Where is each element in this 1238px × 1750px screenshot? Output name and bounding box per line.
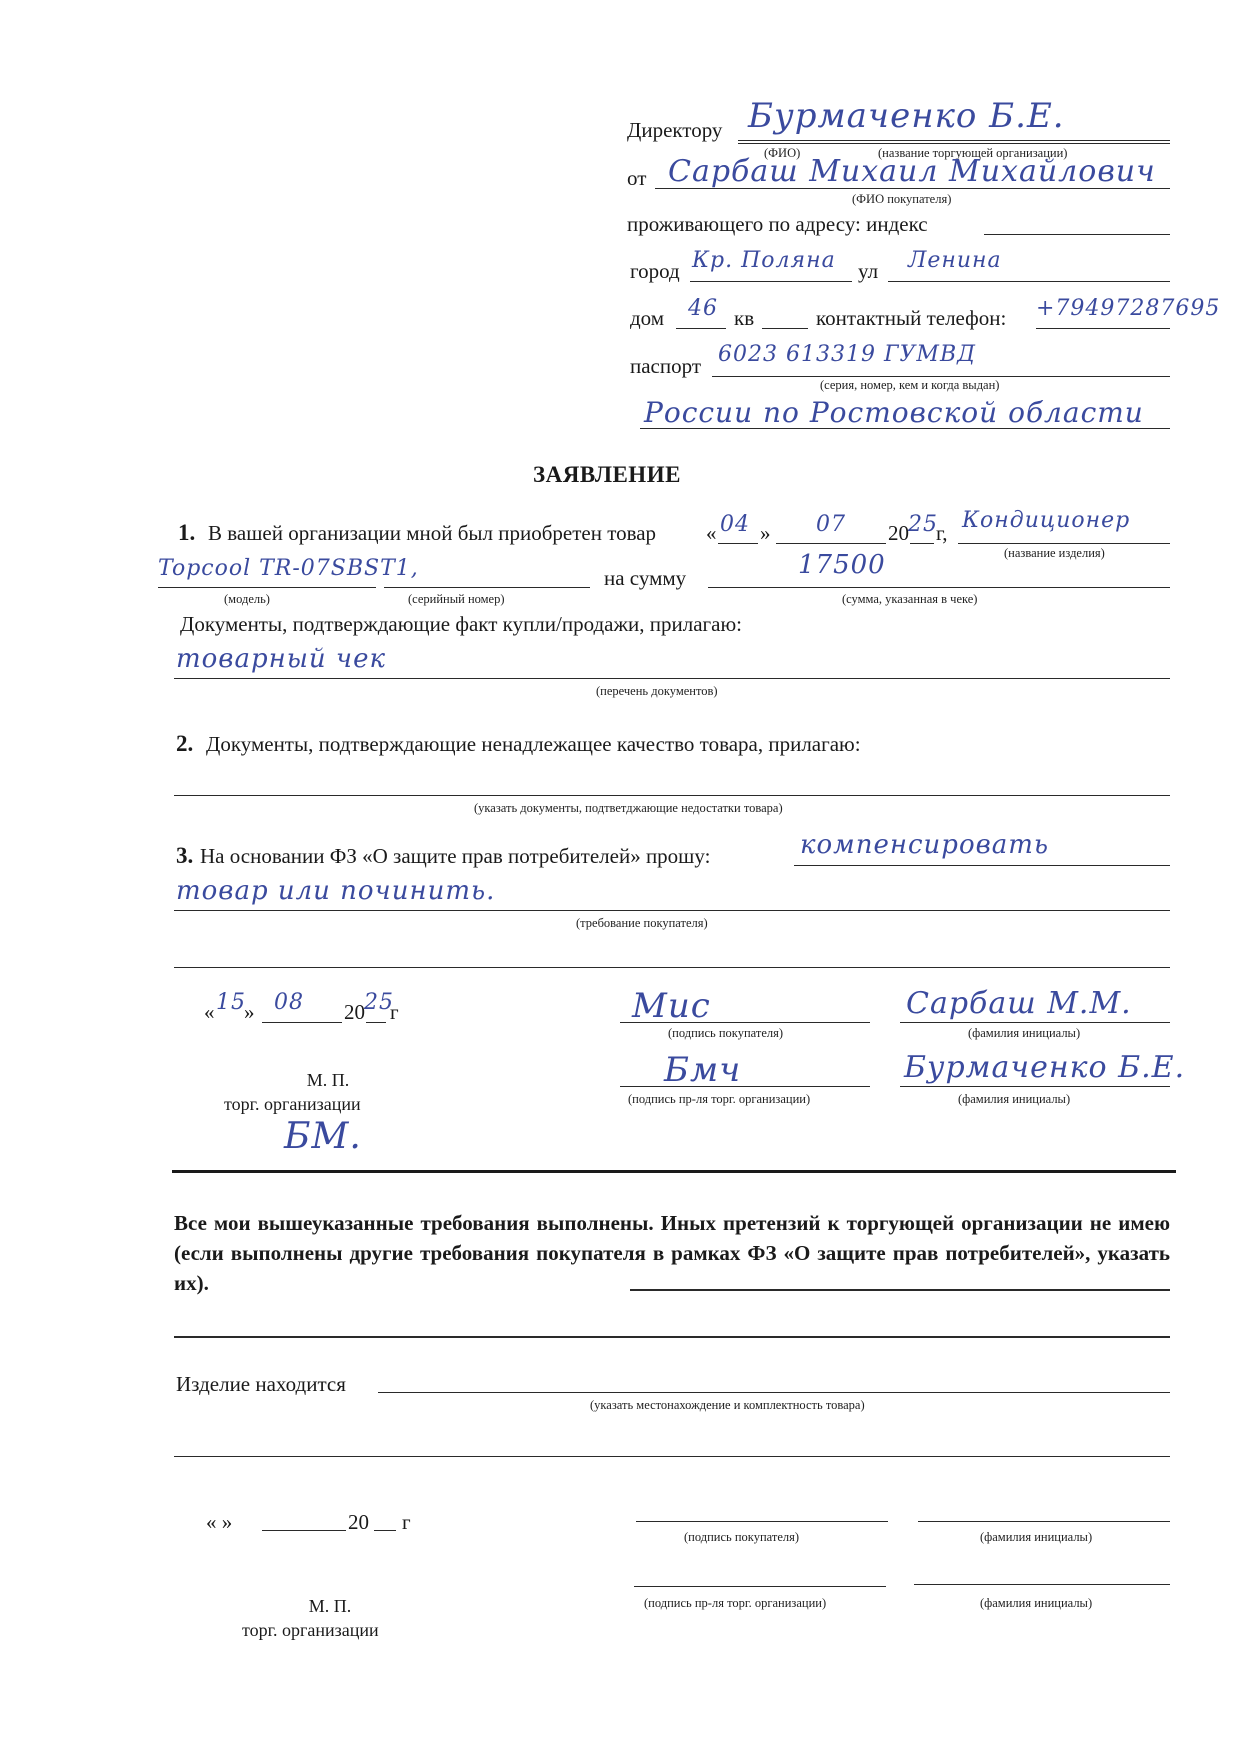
final-stamp-sub: торг. организации bbox=[242, 1620, 379, 1641]
buyer-sign-hint: (подпись покупателя) bbox=[668, 1026, 783, 1041]
seller-sign-hint: (подпись пр-ля торг. организации) bbox=[628, 1092, 810, 1107]
serial-line bbox=[384, 587, 590, 588]
sum-label: на сумму bbox=[604, 566, 686, 591]
director-name-field[interactable]: Бурмаченко Б.Е. bbox=[748, 96, 1065, 136]
final-buyer-sign-hint: (подпись покупателя) bbox=[684, 1530, 799, 1545]
from-hint: (ФИО покупателя) bbox=[852, 192, 951, 207]
sign-year-unit: г bbox=[390, 1000, 399, 1025]
purchase-year-field[interactable]: 25 bbox=[908, 512, 938, 537]
purchase-day-field[interactable]: 04 bbox=[720, 512, 750, 537]
month-line bbox=[776, 543, 886, 544]
passport-field[interactable]: 6023 613319 ГУМВД bbox=[718, 342, 976, 367]
final-year-line bbox=[374, 1530, 396, 1531]
section-3-text: На основании ФЗ «О защите прав потребите… bbox=[200, 844, 710, 869]
product-line bbox=[958, 543, 1170, 544]
day-line bbox=[718, 543, 758, 544]
buyer-name-field[interactable]: Сарбаш Михаил Михайлович bbox=[668, 154, 1156, 189]
stamp-handwritten: БМ. bbox=[284, 1116, 362, 1157]
location-hint: (указать местонахождение и комплектность… bbox=[590, 1398, 865, 1413]
sum-line bbox=[708, 587, 1170, 588]
from-label: от bbox=[627, 166, 646, 191]
apt-line bbox=[762, 328, 808, 329]
phone-line bbox=[1036, 328, 1170, 329]
sign-date-close: » bbox=[244, 1000, 255, 1025]
stamp-sub: торг. организации bbox=[224, 1094, 361, 1115]
model-field[interactable]: Topcool TR-07SBST1, bbox=[158, 556, 419, 581]
apt-label: кв bbox=[734, 306, 754, 331]
sum-hint: (сумма, указанная в чеке) bbox=[842, 592, 977, 607]
completion-text: Все мои вышеуказанные требования выполне… bbox=[174, 1211, 1170, 1295]
section-2-number: 2. bbox=[176, 731, 193, 757]
city-line bbox=[690, 281, 852, 282]
sum-field[interactable]: 17500 bbox=[798, 550, 886, 580]
model-line bbox=[158, 587, 376, 588]
defect-docs-hint: (указать документы, подтветджающие недос… bbox=[474, 801, 783, 816]
seller-sign-line bbox=[620, 1086, 870, 1087]
location-label: Изделие находится bbox=[176, 1372, 346, 1397]
other-demands-line-2 bbox=[174, 1336, 1170, 1338]
address-label: проживающего по адресу: индекс bbox=[627, 212, 928, 237]
sign-month-field[interactable]: 08 bbox=[274, 990, 304, 1015]
phone-field[interactable]: +79497287695 bbox=[1036, 296, 1220, 321]
section-1-text: В вашей организации мной был приобретен … bbox=[208, 521, 656, 546]
final-seller-name-hint: (фамилия инициалы) bbox=[980, 1596, 1092, 1611]
demand-line-2 bbox=[174, 910, 1170, 911]
stamp-label: М. П. bbox=[288, 1070, 368, 1091]
house-label: дом bbox=[630, 306, 664, 331]
buyer-name-signed[interactable]: Сарбаш М.М. bbox=[906, 986, 1132, 1021]
seller-name-hint: (фамилия инициалы) bbox=[958, 1092, 1070, 1107]
street-label: ул bbox=[858, 259, 878, 284]
docs-label: Документы, подтверждающие факт купли/про… bbox=[180, 612, 742, 637]
sign-date-open: « bbox=[204, 1000, 215, 1025]
city-label: город bbox=[630, 259, 680, 284]
demand-hint: (требование покупателя) bbox=[576, 916, 708, 931]
docs-line bbox=[174, 678, 1170, 679]
final-date-quotes: « » bbox=[206, 1510, 232, 1535]
product-name-field[interactable]: Кондиционер bbox=[962, 508, 1130, 533]
passport-hint: (серия, номер, кем и когда выдан) bbox=[820, 378, 999, 393]
section-3-number: 3. bbox=[176, 843, 193, 869]
year-prefix: 20 bbox=[888, 521, 909, 546]
street-field[interactable]: Ленина bbox=[908, 248, 1002, 273]
final-seller-name-line bbox=[914, 1584, 1170, 1585]
final-buyer-name-hint: (фамилия инициалы) bbox=[980, 1530, 1092, 1545]
page-title: ЗАЯВЛЕНИЕ bbox=[533, 462, 681, 488]
seller-signature[interactable]: Бмч bbox=[664, 1050, 741, 1090]
sign-month-line bbox=[262, 1022, 342, 1023]
defect-docs-line bbox=[174, 795, 1170, 796]
passport-line bbox=[712, 376, 1170, 377]
section-divider bbox=[172, 1170, 1176, 1173]
demand-line-3 bbox=[174, 967, 1170, 968]
sign-year-line bbox=[366, 1022, 386, 1023]
open-quote: « bbox=[706, 521, 717, 546]
to-line bbox=[738, 140, 1170, 141]
demand-line-1 bbox=[794, 865, 1170, 866]
year-line bbox=[910, 543, 934, 544]
final-stamp-label: М. П. bbox=[290, 1596, 370, 1617]
purchase-docs-field[interactable]: товарный чек bbox=[176, 644, 386, 674]
close-quote: » bbox=[760, 521, 771, 546]
final-buyer-sign-line bbox=[636, 1521, 888, 1522]
buyer-name-hint: (фамилия инициалы) bbox=[968, 1026, 1080, 1041]
docs-hint: (перечень документов) bbox=[596, 684, 718, 699]
buyer-name-line bbox=[900, 1022, 1170, 1023]
passport-label: паспорт bbox=[630, 354, 701, 379]
section-1-number: 1. bbox=[178, 520, 195, 546]
model-hint: (модель) bbox=[224, 592, 270, 607]
other-demands-line-1 bbox=[630, 1289, 1170, 1291]
demand-field-1[interactable]: компенсировать bbox=[800, 830, 1049, 860]
demand-field-2[interactable]: товар или починить. bbox=[176, 876, 495, 906]
city-field[interactable]: Кр. Поляна bbox=[692, 248, 836, 273]
street-line bbox=[888, 281, 1170, 282]
to-line-double bbox=[738, 143, 1170, 144]
final-seller-sign-hint: (подпись пр-ля торг. организации) bbox=[644, 1596, 826, 1611]
buyer-signature[interactable]: Мис bbox=[632, 986, 711, 1026]
house-field[interactable]: 46 bbox=[688, 296, 718, 321]
phone-label: контактный телефон: bbox=[816, 306, 1006, 331]
purchase-month-field[interactable]: 07 bbox=[816, 512, 846, 537]
sign-day-field[interactable]: 15 bbox=[216, 990, 246, 1015]
section-2-text: Документы, подтверждающие ненадлежащее к… bbox=[206, 732, 861, 757]
sign-year-prefix: 20 bbox=[344, 1000, 365, 1025]
final-seller-sign-line bbox=[634, 1586, 886, 1587]
final-buyer-name-line bbox=[918, 1521, 1170, 1522]
to-label: Директору bbox=[627, 118, 722, 143]
location-line-2 bbox=[174, 1456, 1170, 1457]
seller-name-signed[interactable]: Бурмаченко Б.Е. bbox=[904, 1050, 1185, 1085]
final-year-unit: г bbox=[402, 1510, 411, 1535]
completion-statement: Все мои вышеуказанные требования выполне… bbox=[174, 1208, 1170, 1298]
seller-name-line bbox=[900, 1086, 1170, 1087]
product-hint: (название изделия) bbox=[1004, 546, 1105, 561]
final-year-prefix: 20 bbox=[348, 1510, 369, 1535]
final-month-line bbox=[262, 1530, 346, 1531]
index-line bbox=[984, 234, 1170, 235]
year-unit: г, bbox=[936, 521, 948, 546]
house-line bbox=[676, 328, 726, 329]
serial-hint: (серийный номер) bbox=[408, 592, 505, 607]
passport-field-2[interactable]: России по Ростовской области bbox=[644, 396, 1144, 429]
location-line bbox=[378, 1392, 1170, 1393]
